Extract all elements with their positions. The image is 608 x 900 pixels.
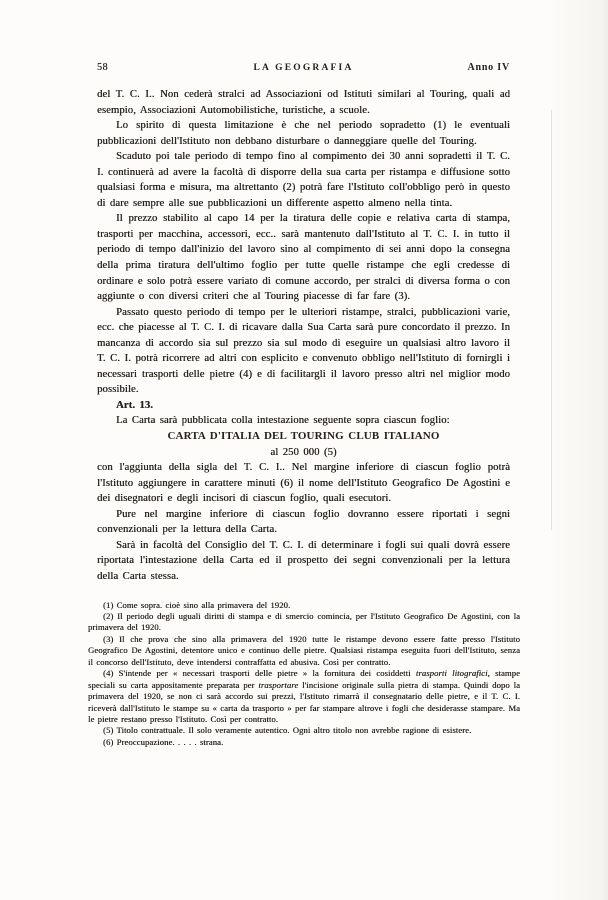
paragraph: Pure nel margine inferiore di ciascun fo… <box>97 507 510 538</box>
page-number: 58 <box>97 62 167 73</box>
map-scale: al 250 000 (5) <box>97 445 510 461</box>
footnote-text: (3) Il che prova che sino alla primavera… <box>88 634 520 667</box>
map-title: CARTA D'ITALIA DEL TOURING CLUB ITALIANO <box>97 429 510 445</box>
issue-label: Anno IV <box>440 62 510 73</box>
footnote-text: (1) Come sopra. cioè sino alla primavera… <box>103 600 290 610</box>
footnote-text-italic: trasporti litografici, <box>416 668 490 678</box>
footnote-text: (5) Titolo contrattuale. Il solo veramen… <box>103 725 471 735</box>
journal-title: LA GEOGRAFIA <box>167 63 440 73</box>
footnotes-section: (1) Come sopra. cioè sino alla primavera… <box>88 600 520 749</box>
footnote-text: (4) S'intende per « necessari trasporti … <box>103 668 416 678</box>
page-header: 58 LA GEOGRAFIA Anno IV <box>97 62 510 73</box>
paragraph: Lo spirito di questa limitazione è che n… <box>97 118 510 149</box>
footnote-text: (2) Il periodo degli uguali diritti di s… <box>88 611 520 632</box>
footnote: (2) Il periodo degli uguali diritti di s… <box>88 611 520 634</box>
paragraph: Sarà in facoltà del Consiglio del T. C. … <box>97 538 510 585</box>
footnote: (5) Titolo contrattuale. Il solo veramen… <box>88 725 520 736</box>
footnote: (3) Il che prova che sino alla primavera… <box>88 634 520 668</box>
paragraph: del T. C. I.. Non cederà stralci ad Asso… <box>97 87 510 118</box>
intro-line: La Carta sarà pubblicata colla intestazi… <box>97 413 510 429</box>
paragraph: Il prezzo stabilito al capo 14 per la ti… <box>97 211 510 304</box>
footnote: (6) Preoccupazione. . . . . strana. <box>88 737 520 748</box>
paragraph: Passato questo periodo di tempo per le u… <box>97 305 510 398</box>
footnote-text-italic: trasportare <box>258 680 298 690</box>
page-edge-shadow <box>551 110 552 530</box>
footnote-text: (6) Preoccupazione. . . . . strana. <box>103 737 223 747</box>
article-heading: Art. 13. <box>97 398 510 414</box>
paragraph: con l'aggiunta della sigla del T. C. I..… <box>97 460 510 507</box>
footnote: (4) S'intende per « necessari trasporti … <box>88 668 520 725</box>
article-body: del T. C. I.. Non cederà stralci ad Asso… <box>97 87 510 585</box>
paragraph: Scaduto poi tale periodo di tempo fino a… <box>97 149 510 211</box>
scanned-page: 58 LA GEOGRAFIA Anno IV del T. C. I.. No… <box>0 0 608 900</box>
footnote: (1) Come sopra. cioè sino alla primavera… <box>88 600 520 611</box>
